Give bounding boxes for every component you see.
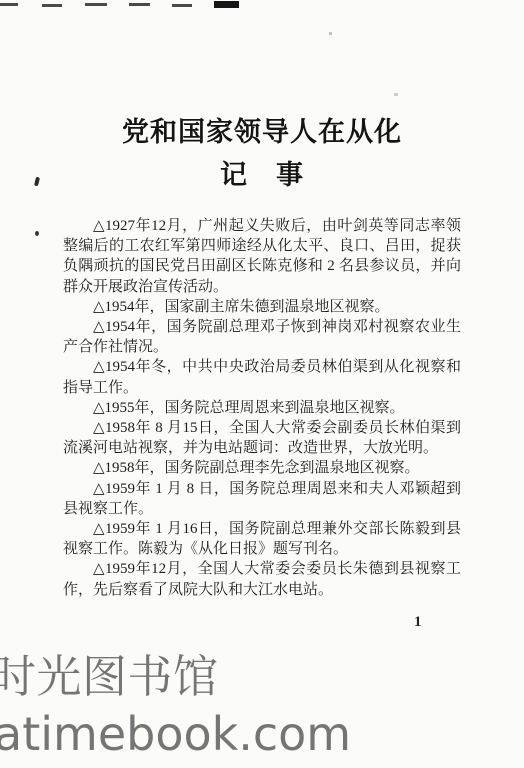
chronicle-entry: △1927年12月，广州起义失败后，由叶剑英等同志率领整编后的工农红军第四师途经…: [63, 216, 461, 297]
title-line-1: 党和国家领导人在从化: [62, 111, 462, 154]
chronicle-entries: △1927年12月，广州起义失败后，由叶剑英等同志率领整编后的工农红军第四师途经…: [63, 216, 461, 600]
scanned-book-page: 党和国家领导人在从化 记 事 △1927年12月，广州起义失败后，由叶剑英等同志…: [0, 0, 524, 768]
chronicle-entry: △1955年，国务院总理周恩来到温泉地区视察。: [63, 398, 461, 418]
scan-speck: [35, 231, 39, 236]
chronicle-entry: △1954年冬，中共中央政治局委员林伯渠到从化视察和指导工作。: [63, 357, 461, 397]
scan-speck: [34, 177, 40, 187]
scan-dash-icon: [129, 3, 150, 6]
scan-speck: [329, 32, 332, 35]
page-number: 1: [414, 614, 422, 631]
chronicle-entry: △1958年，国务院副总理李先念到温泉地区视察。: [63, 458, 461, 478]
chronicle-entry: △1959年 1 月16日，国务院副总理兼外交部长陈毅到县视察工作。陈毅为《从化…: [63, 519, 461, 559]
chronicle-entry: △1959年12月，全国人大常委会委员长朱德到县视察工作，先后察看了凤院大队和大…: [63, 559, 461, 599]
scan-dash-bold-icon: [214, 1, 239, 8]
watermark: 时光图书馆 atimebook.com: [0, 651, 351, 759]
page-title: 党和国家领导人在从化 记 事: [62, 111, 462, 197]
scan-dash-icon: [42, 4, 62, 7]
chronicle-entry: △1959年 1 月 8 日，国务院总理周恩来和夫人邓颖超到县视察工作。: [63, 479, 461, 519]
title-line-2: 记 事: [62, 154, 462, 197]
scan-speck: [394, 93, 398, 96]
chronicle-entry: △1954年，国家副主席朱德到温泉地区视察。: [63, 297, 461, 317]
scan-dash-icon: [172, 4, 192, 7]
chronicle-entry: △1958年 8 月15日，全国人大常委会副委员长林伯渠到流溪河电站视察，并为电…: [63, 418, 461, 458]
scan-dash-icon: [0, 3, 18, 6]
chronicle-entry: △1954年，国务院副总理邓子恢到神岗邓村视察农业生产合作社情况。: [63, 317, 461, 357]
scan-dash-icon: [85, 3, 107, 6]
watermark-library-name: 时光图书馆: [0, 651, 351, 703]
watermark-site-url: atimebook.com: [0, 709, 351, 759]
